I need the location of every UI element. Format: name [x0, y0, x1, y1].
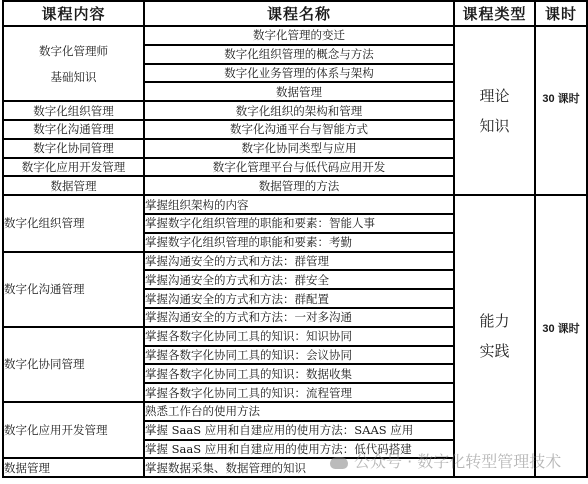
content-cell: 数字化组织管理	[3, 101, 144, 120]
course-name-cell: 掌握 SaaS 应用和自建应用的使用方法：低代码搭建	[144, 440, 454, 459]
header-course-name: 课程名称	[144, 1, 454, 26]
course-type-line1: 能力	[455, 306, 534, 336]
content-cell: 数字化管理师 基础知识	[3, 26, 144, 101]
content-cell: 数字化应用开发管理	[3, 402, 144, 458]
hours-value: 30 课时	[542, 323, 579, 335]
content-cell: 数字化沟通管理	[3, 252, 144, 327]
hours-value: 30 课时	[542, 93, 579, 105]
course-name-cell: 数字化管理的变迁	[144, 26, 454, 45]
content-cell: 数字化组织管理	[3, 195, 144, 251]
course-name-cell: 掌握沟通安全的方式和方法：一对多沟通	[144, 308, 454, 327]
content-label-line2: 基础知识	[4, 64, 143, 90]
course-name-cell: 熟悉工作台的使用方法	[144, 402, 454, 421]
course-name-cell: 数字化沟通平台与智能方式	[144, 120, 454, 139]
course-name-cell: 掌握各数字化协同工具的知识：知识协同	[144, 327, 454, 346]
course-name-cell: 数字化业务管理的体系与架构	[144, 64, 454, 83]
content-cell: 数字化协同管理	[3, 327, 144, 402]
content-cell: 数据管理	[3, 176, 144, 195]
course-name-cell: 掌握各数字化协同工具的知识：流程管理	[144, 383, 454, 402]
header-course-content: 课程内容	[3, 1, 144, 26]
course-type-line2: 知识	[455, 111, 534, 141]
course-name-cell: 数据管理	[144, 82, 454, 101]
content-cell: 数字化沟通管理	[3, 120, 144, 139]
hours-cell: 30 课时	[535, 195, 587, 477]
course-name-cell: 掌握 SaaS 应用和自建应用的使用方法：SAAS 应用	[144, 421, 454, 440]
course-name-cell: 数据管理的方法	[144, 176, 454, 195]
course-type-cell: 能力 实践	[454, 195, 535, 477]
course-name-cell: 掌握各数字化协同工具的知识：会议协同	[144, 346, 454, 365]
header-row: 课程内容 课程名称 课程类型 课时	[3, 1, 587, 26]
course-type-line1: 理论	[455, 81, 534, 111]
content-label-line1: 数字化管理师	[4, 38, 143, 64]
content-cell: 数字化应用开发管理	[3, 158, 144, 177]
course-name-cell: 掌握沟通安全的方式和方法：群配置	[144, 289, 454, 308]
course-name-cell: 掌握沟通安全的方式和方法：群安全	[144, 270, 454, 289]
header-hours: 课时	[535, 1, 587, 26]
course-name-cell: 掌握沟通安全的方式和方法：群管理	[144, 252, 454, 271]
course-name-cell: 数字化组织的架构和管理	[144, 101, 454, 120]
course-type-cell: 理论 知识	[454, 26, 535, 195]
course-name-cell: 掌握数字化组织管理的职能和要素：考勤	[144, 233, 454, 252]
course-name-cell: 数字化管理平台与低代码应用开发	[144, 158, 454, 177]
table-row: 数字化管理师 基础知识 数字化管理的变迁 理论 知识 30 课时	[3, 26, 587, 45]
course-type-line2: 实践	[455, 336, 534, 366]
table-row: 数字化组织管理 掌握组织架构的内容 能力 实践 30 课时	[3, 195, 587, 214]
hours-cell: 30 课时	[535, 26, 587, 195]
course-name-cell: 数字化协同类型与应用	[144, 139, 454, 158]
course-name-cell: 数字化组织管理的概念与方法	[144, 45, 454, 64]
course-name-cell: 掌握数据采集、数据管理的知识	[144, 458, 454, 477]
course-name-cell: 掌握组织架构的内容	[144, 195, 454, 214]
course-name-cell: 掌握各数字化协同工具的知识：数据收集	[144, 364, 454, 383]
content-cell: 数据管理	[3, 458, 144, 477]
course-name-cell: 掌握数字化组织管理的职能和要素：智能人事	[144, 214, 454, 233]
content-cell: 数字化协同管理	[3, 139, 144, 158]
header-course-type: 课程类型	[454, 1, 535, 26]
course-table: 课程内容 课程名称 课程类型 课时 数字化管理师 基础知识 数字化管理的变迁 理…	[2, 0, 588, 478]
